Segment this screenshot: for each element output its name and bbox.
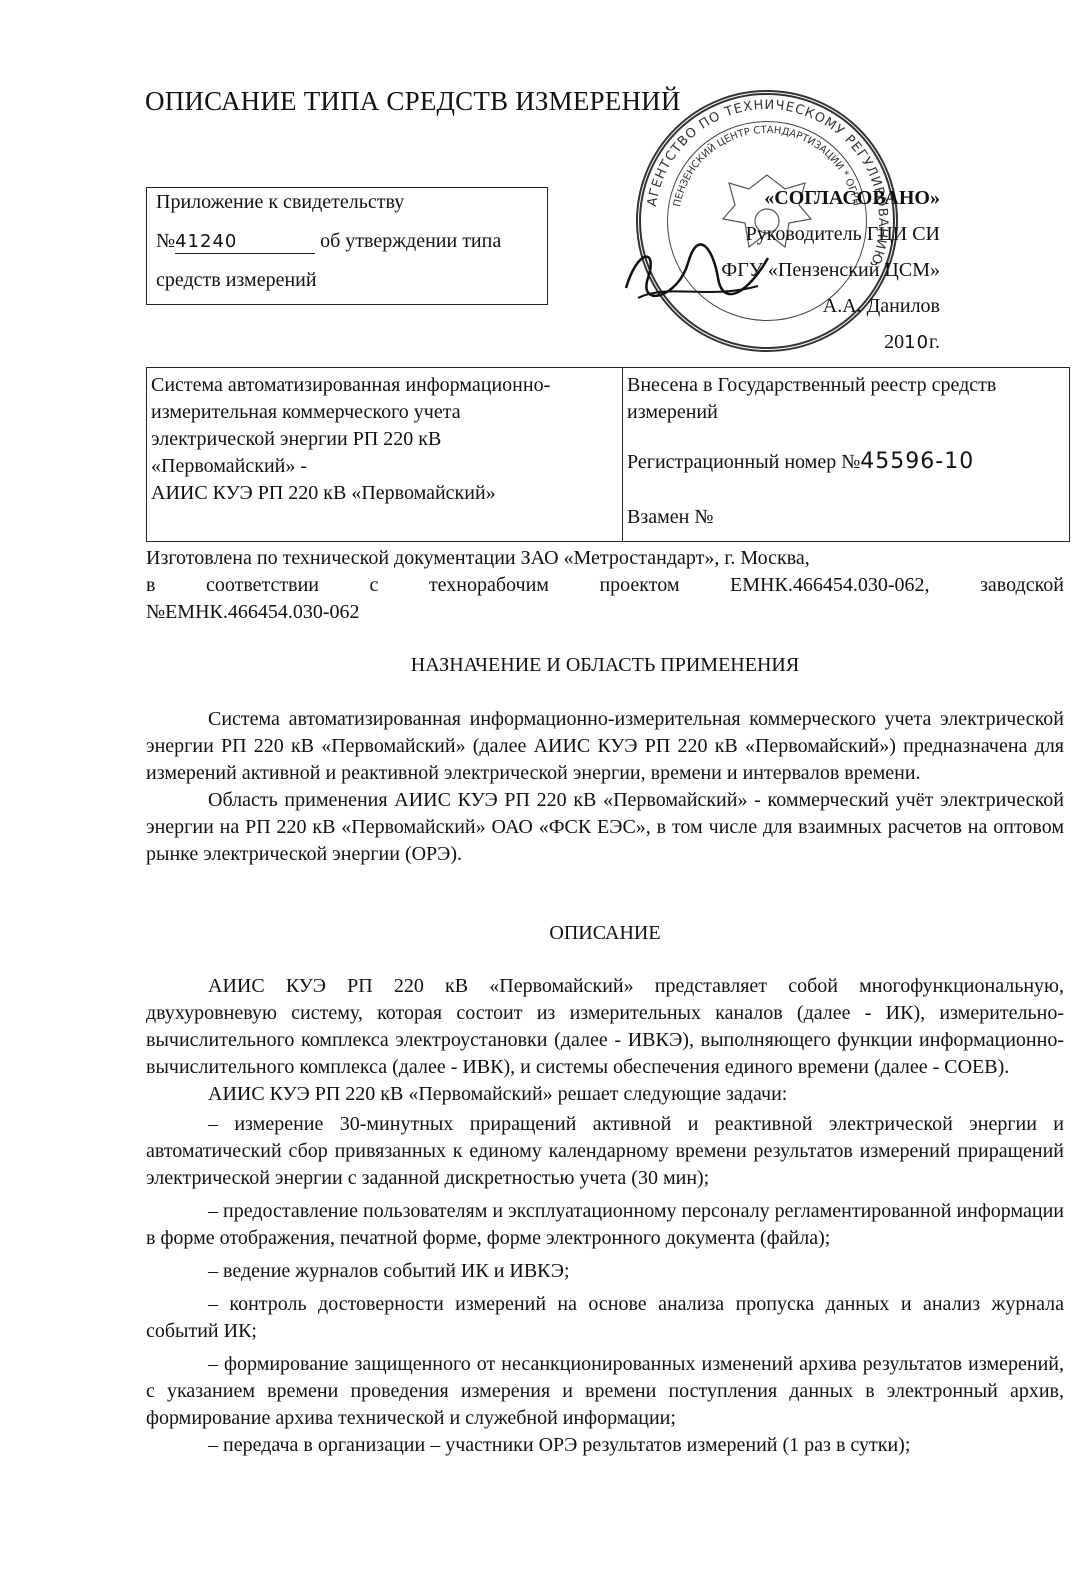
certificate-number-handwritten: 41240 — [175, 231, 237, 252]
section-description-body: АИИС КУЭ РП 220 кВ «Первомайский» предст… — [146, 973, 1064, 1459]
manufacture-line-1: Изготовлена по технической документации … — [146, 545, 1064, 572]
registration-number-label: Регистрационный номер № — [627, 451, 860, 473]
appendix-line-3: средств измерений — [156, 269, 317, 292]
task-item: – ведение журналов событий ИК и ИВКЭ; — [146, 1258, 1064, 1285]
system-name-line: электрической энергии РП 220 кВ — [151, 426, 618, 453]
section-heading-description: ОПИСАНИЕ — [146, 920, 1064, 947]
description-paragraph-2: АИИС КУЭ РП 220 кВ «Первомайский» решает… — [146, 1081, 1064, 1108]
section-purpose-body: Система автоматизированная информационно… — [146, 706, 1064, 868]
number-sign: № — [156, 230, 175, 252]
approval-year-handwritten: 10 — [904, 332, 929, 353]
task-item: – контроль достоверности измерений на ос… — [146, 1291, 1064, 1345]
system-name-cell: Система автоматизированная информационно… — [147, 368, 623, 541]
section-heading-purpose: НАЗНАЧЕНИЕ И ОБЛАСТЬ ПРИМЕНЕНИЯ — [146, 652, 1064, 679]
registry-entry-line-1: Внесена в Государственный реестр средств — [627, 372, 1065, 399]
system-name-line: измерительная коммерческого учета — [151, 399, 618, 426]
appendix-box: Приложение к свидетельству №41240 об утв… — [146, 187, 548, 305]
appendix-line-2-suffix: об утверждении типа — [320, 230, 501, 252]
approval-year-suffix: г. — [929, 331, 940, 353]
description-paragraph-1: АИИС КУЭ РП 220 кВ «Первомайский» предст… — [146, 973, 1064, 1081]
registration-number-handwritten: 45596-10 — [860, 449, 974, 474]
document-title: ОПИСАНИЕ ТИПА СРЕДСТВ ИЗМЕРЕНИЙ — [145, 86, 681, 117]
task-item: – формирование защищенного от несанкцион… — [146, 1351, 1064, 1432]
appendix-line-1: Приложение к свидетельству — [156, 191, 404, 214]
purpose-paragraph-1: Система автоматизированная информационно… — [146, 706, 1064, 787]
approval-date: 2010г. — [640, 324, 940, 361]
system-name-line: «Первомайский» - — [151, 453, 618, 480]
replaces-number: Взамен № — [627, 504, 713, 531]
system-name-line: АИИС КУЭ РП 220 кВ «Первомайский» — [151, 480, 618, 507]
manufacture-line-2: в соответствии с технорабочим проектом Е… — [146, 572, 1064, 599]
signature-icon — [618, 238, 778, 308]
task-item: – предоставление пользователям и эксплуа… — [146, 1198, 1064, 1252]
task-item: – передача в организации – участники ОРЭ… — [146, 1432, 1064, 1459]
registration-number: Регистрационный номер №45596-10 — [627, 448, 974, 476]
certificate-number-field: 41240 — [175, 230, 315, 254]
purpose-paragraph-2: Область применения АИИС КУЭ РП 220 кВ «П… — [146, 787, 1064, 868]
manufacture-line-3: №ЕМНК.466454.030-062 — [146, 599, 1064, 626]
approval-year-prefix: 20 — [884, 331, 904, 353]
appendix-line-2: №41240 об утверждении типа — [156, 230, 501, 254]
manufacture-info: Изготовлена по технической документации … — [146, 545, 1064, 626]
approval-agreed: «СОГЛАСОВАНО» — [640, 180, 940, 216]
registry-entry-line-2: измерений — [627, 399, 1065, 426]
registry-table: Система автоматизированная информационно… — [146, 367, 1070, 542]
registry-info-cell: Внесена в Государственный реестр средств… — [623, 368, 1069, 541]
system-name-line: Система автоматизированная информационно… — [151, 372, 618, 399]
task-item: – измерение 30-минутных приращений актив… — [146, 1111, 1064, 1192]
